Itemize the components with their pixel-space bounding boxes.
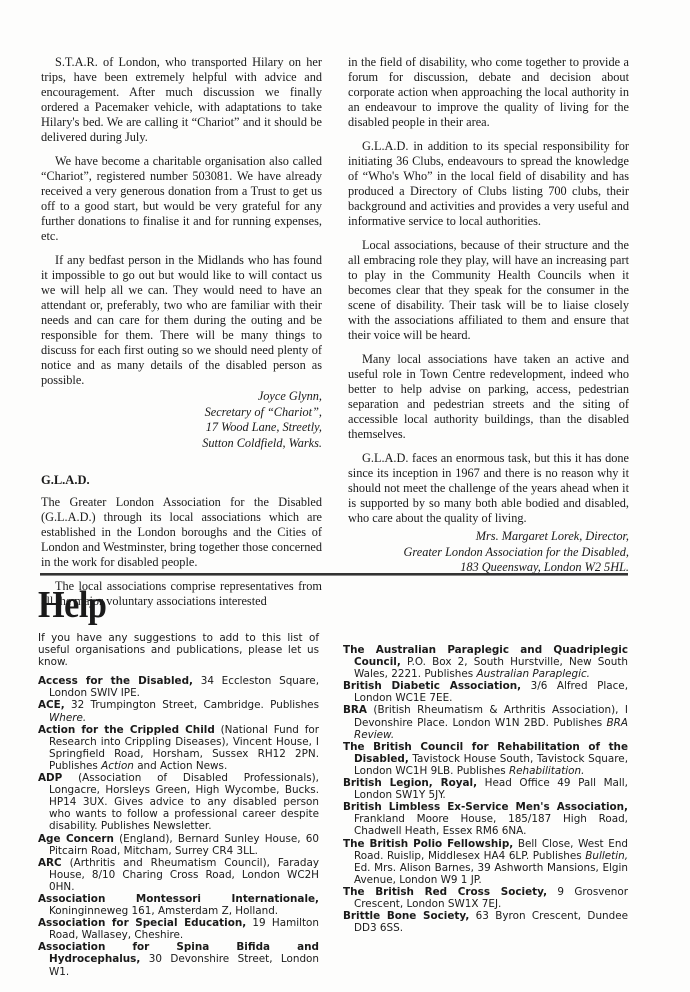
organisation-details-continued: Ed. Mrs. Alison Barnes, 39 Ashworth Mans… bbox=[354, 862, 628, 886]
publication-title: Rehabilitation. bbox=[509, 765, 584, 777]
publication-title: Where. bbox=[49, 712, 86, 724]
organisation-name: British Limbless Ex-Service Men's Associ… bbox=[343, 801, 628, 813]
organisation-details: Koninginneweg 161, Amsterdam Z, Holland. bbox=[49, 905, 278, 917]
organisation-name: Brittle Bone Society, bbox=[343, 910, 469, 922]
directory-entry: Access for the Disabled, 34 Eccleston Sq… bbox=[38, 675, 319, 699]
directory-entry: British Legion, Royal, Head Office 49 Pa… bbox=[343, 777, 628, 801]
publication-title: Bulletin, bbox=[585, 850, 628, 862]
directory-entry: The Australian Paraplegic and Quadripleg… bbox=[343, 644, 628, 680]
article-left-column: S.T.A.R. of London, who transported Hila… bbox=[41, 55, 322, 618]
organisation-name: Association for Special Education, bbox=[38, 917, 246, 929]
organisation-name: British Diabetic Association, bbox=[343, 680, 521, 692]
organisation-name: Association Montessori Internationale, bbox=[38, 893, 319, 905]
directory-entry: BRA (British Rheumatism & Arthritis Asso… bbox=[343, 704, 628, 740]
publication-title: Action bbox=[101, 760, 134, 772]
help-entries-left: Access for the Disabled, 34 Eccleston Sq… bbox=[38, 675, 319, 977]
signature-chariot: Joyce Glynn, Secretary of “Chariot”, 17 … bbox=[41, 389, 322, 451]
help-right-column: The Australian Paraplegic and Quadripleg… bbox=[343, 644, 628, 934]
directory-entry: Action for the Crippled Child (National … bbox=[38, 724, 319, 772]
signature-name: Mrs. Margaret Lorek, Director, bbox=[348, 529, 629, 545]
directory-entry: The British Red Cross Society, 9 Grosven… bbox=[343, 886, 628, 910]
signature-role: Secretary of “Chariot”, bbox=[41, 405, 322, 421]
help-heading: Help bbox=[38, 585, 107, 625]
signature-glad: Mrs. Margaret Lorek, Director, Greater L… bbox=[348, 529, 629, 576]
directory-entry: British Limbless Ex-Service Men's Associ… bbox=[343, 801, 628, 837]
paragraph-field: in the field of disability, who come tog… bbox=[348, 55, 629, 130]
signature-name: Joyce Glynn, bbox=[41, 389, 322, 405]
organisation-name: ACE, bbox=[38, 699, 65, 711]
horizontal-divider bbox=[40, 573, 628, 576]
organisation-name: BRA bbox=[343, 704, 367, 716]
directory-entry: ACE, 32 Trumpington Street, Cambridge. P… bbox=[38, 699, 319, 723]
organisation-name: The British Polio Fellowship, bbox=[343, 838, 513, 850]
paragraph-star: S.T.A.R. of London, who transported Hila… bbox=[41, 55, 322, 145]
signature-address-2: Sutton Coldfield, Warks. bbox=[41, 436, 322, 452]
organisation-details: 32 Trumpington Street, Cambridge. Publis… bbox=[65, 699, 319, 711]
organisation-name: ARC bbox=[38, 857, 62, 869]
directory-entry: ARC (Arthritis and Rheumatism Council), … bbox=[38, 857, 319, 893]
organisation-details: Frankland Moore House, 185/187 High Road… bbox=[354, 813, 628, 837]
directory-entry: The British Polio Fellowship, Bell Close… bbox=[343, 838, 628, 886]
directory-entry: ADP (Association of Disabled Professiona… bbox=[38, 772, 319, 832]
organisation-name: British Legion, Royal, bbox=[343, 777, 477, 789]
directory-entry: Age Concern (England), Bernard Sunley Ho… bbox=[38, 833, 319, 857]
organisation-name: The British Red Cross Society, bbox=[343, 886, 547, 898]
paragraph-clubs: G.L.A.D. in addition to its special resp… bbox=[348, 139, 629, 229]
directory-entry: Association for Spina Bifida and Hydroce… bbox=[38, 941, 319, 977]
organisation-details-continued: and Action News. bbox=[134, 760, 227, 772]
organisation-details: (Arthritis and Rheumatism Council), Fara… bbox=[49, 857, 319, 893]
paragraph-charity: We have become a charitable organisation… bbox=[41, 154, 322, 244]
directory-entry: The British Council for Rehabilitation o… bbox=[343, 741, 628, 777]
help-intro: If you have any suggestions to add to th… bbox=[38, 632, 319, 668]
directory-entry: Association Montessori Internationale, K… bbox=[38, 893, 319, 917]
organisation-name: Access for the Disabled, bbox=[38, 675, 193, 687]
document-page: S.T.A.R. of London, who transported Hila… bbox=[0, 0, 690, 992]
paragraph-glad-task: G.L.A.D. faces an enormous task, but thi… bbox=[348, 451, 629, 526]
paragraph-midlands: If any bedfast person in the Midlands wh… bbox=[41, 253, 322, 388]
directory-entry: British Diabetic Association, 3/6 Alfred… bbox=[343, 680, 628, 704]
organisation-details: (British Rheumatism & Arthritis Associat… bbox=[354, 704, 628, 728]
organisation-details: (Association of Disabled Professionals),… bbox=[49, 772, 319, 832]
section-heading-glad: G.L.A.D. bbox=[41, 473, 322, 488]
organisation-name: Age Concern bbox=[38, 833, 114, 845]
organisation-name: Action for the Crippled Child bbox=[38, 724, 215, 736]
paragraph-local-associations: Local associations, because of their str… bbox=[348, 238, 629, 343]
help-entries-right: The Australian Paraplegic and Quadripleg… bbox=[343, 644, 628, 934]
directory-entry: Brittle Bone Society, 63 Byron Crescent,… bbox=[343, 910, 628, 934]
article-right-column: in the field of disability, who come tog… bbox=[348, 55, 629, 576]
organisation-name: ADP bbox=[38, 772, 62, 784]
signature-address-1: 17 Wood Lane, Streetly, bbox=[41, 420, 322, 436]
paragraph-town-centre: Many local associations have taken an ac… bbox=[348, 352, 629, 442]
directory-entry: Association for Special Education, 19 Ha… bbox=[38, 917, 319, 941]
help-left-column: If you have any suggestions to add to th… bbox=[38, 632, 319, 978]
paragraph-glad-intro: The Greater London Association for the D… bbox=[41, 495, 322, 570]
signature-org: Greater London Association for the Disab… bbox=[348, 545, 629, 561]
publication-title: Australian Paraplegic. bbox=[476, 668, 590, 680]
